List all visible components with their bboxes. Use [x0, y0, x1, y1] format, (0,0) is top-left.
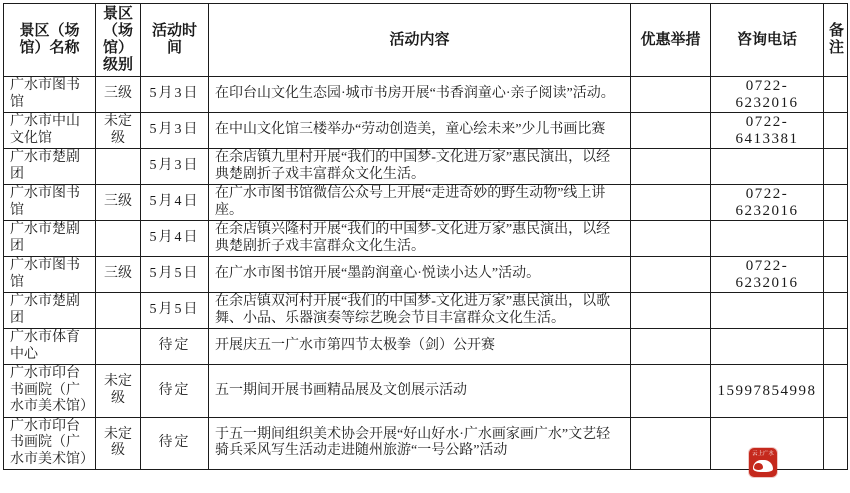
cell-discount-measures: [631, 257, 711, 293]
cell-activity-content: 在余店镇兴隆村开展“我们的中国梦-文化进万家”惠民演出，以经典楚剧折子戏丰富群众…: [209, 221, 631, 257]
cell-remark: [824, 417, 848, 470]
cell-remark: [824, 149, 848, 185]
yunshang-guangshui-watermark-logo: 云上广水: [749, 448, 777, 477]
cell-venue-level: 三级: [96, 77, 141, 113]
header-consult-phone: 咨询电话: [711, 4, 824, 77]
table-row: 广水市图书馆 三级 5月4日 在广水市图书馆微信公众号上开展“走进奇妙的野生动物…: [4, 185, 848, 221]
cell-discount-measures: [631, 77, 711, 113]
cell-remark: [824, 329, 848, 365]
cell-consult-phone: [711, 293, 824, 329]
table-row: 广水市印台书画院（广水市美术馆） 未定级 待定 五一期间开展书画精品展及文创展示…: [4, 365, 848, 418]
cell-consult-phone: 0722-6232016: [711, 185, 824, 221]
cell-activity-time: 5月5日: [141, 257, 209, 293]
table-row: 广水市楚剧团 5月4日 在余店镇兴隆村开展“我们的中国梦-文化进万家”惠民演出，…: [4, 221, 848, 257]
cell-venue-name: 广水市印台书画院（广水市美术馆）: [4, 365, 96, 418]
cell-activity-content: 五一期间开展书画精品展及文创展示活动: [209, 365, 631, 418]
cell-remark: [824, 365, 848, 418]
cell-venue-level: [96, 293, 141, 329]
header-activity-content: 活动内容: [209, 4, 631, 77]
table-row: 广水市楚剧团 5月5日 在余店镇双河村开展“我们的中国梦-文化进万家”惠民演出，…: [4, 293, 848, 329]
cell-venue-level: 三级: [96, 185, 141, 221]
cell-venue-name: 广水市印台书画院（广水市美术馆）: [4, 417, 96, 470]
table-row: 广水市楚剧团 5月3日 在余店镇九里村开展“我们的中国梦-文化进万家”惠民演出，…: [4, 149, 848, 185]
table-row: 广水市印台书画院（广水市美术馆） 未定级 待定 于五一期间组织美术协会开展“好山…: [4, 417, 848, 470]
cell-venue-name: 广水市图书馆: [4, 185, 96, 221]
document-page: 景区（场馆）名称 景区（场馆）级别 活动时间 活动内容 优惠举措 咨询电话 备注…: [0, 0, 850, 493]
cell-venue-name: 广水市体育中心: [4, 329, 96, 365]
cell-consult-phone: 0722-6413381: [711, 113, 824, 149]
cell-venue-level: [96, 221, 141, 257]
cell-discount-measures: [631, 365, 711, 418]
cell-venue-name: 广水市中山文化馆: [4, 113, 96, 149]
cell-activity-content: 在余店镇九里村开展“我们的中国梦-文化进万家”惠民演出，以经典楚剧折子戏丰富群众…: [209, 149, 631, 185]
cell-activity-time: 待定: [141, 329, 209, 365]
cell-activity-time: 5月4日: [141, 185, 209, 221]
header-row: 景区（场馆）名称 景区（场馆）级别 活动时间 活动内容 优惠举措 咨询电话 备注: [4, 4, 848, 77]
header-remark: 备注: [824, 4, 848, 77]
cell-remark: [824, 257, 848, 293]
cell-discount-measures: [631, 221, 711, 257]
cell-remark: [824, 185, 848, 221]
cell-venue-name: 广水市图书馆: [4, 77, 96, 113]
table-row: 广水市图书馆 三级 5月3日 在印台山文化生态园·城市书房开展“书香润童心·亲子…: [4, 77, 848, 113]
table-row: 广水市图书馆 三级 5月5日 在广水市图书馆开展“墨韵润童心·悦读小达人”活动。…: [4, 257, 848, 293]
cell-venue-name: 广水市楚剧团: [4, 293, 96, 329]
table-row: 广水市体育中心 待定 开展庆五一广水市第四节太极拳（剑）公开赛: [4, 329, 848, 365]
cell-venue-level: [96, 329, 141, 365]
cell-activity-time: 5月3日: [141, 77, 209, 113]
cell-venue-level: 未定级: [96, 417, 141, 470]
cell-activity-content: 在印台山文化生态园·城市书房开展“书香润童心·亲子阅读”活动。: [209, 77, 631, 113]
watermark-mountain-shadow: [754, 463, 763, 470]
cell-venue-name: 广水市图书馆: [4, 257, 96, 293]
cell-consult-phone: [711, 221, 824, 257]
activity-table: 景区（场馆）名称 景区（场馆）级别 活动时间 活动内容 优惠举措 咨询电话 备注…: [3, 3, 848, 470]
cell-activity-content: 在余店镇双河村开展“我们的中国梦-文化进万家”惠民演出，以歌舞、小品、乐器演奏等…: [209, 293, 631, 329]
cell-discount-measures: [631, 417, 711, 470]
cell-activity-content: 开展庆五一广水市第四节太极拳（剑）公开赛: [209, 329, 631, 365]
cell-venue-name: 广水市楚剧团: [4, 149, 96, 185]
cell-discount-measures: [631, 293, 711, 329]
cell-activity-time: 待定: [141, 417, 209, 470]
header-venue-name: 景区（场馆）名称: [4, 4, 96, 77]
cell-activity-time: 5月3日: [141, 113, 209, 149]
cell-consult-phone: 0722-6232016: [711, 257, 824, 293]
cell-discount-measures: [631, 185, 711, 221]
cell-remark: [824, 293, 848, 329]
cell-activity-content: 在广水市图书馆开展“墨韵润童心·悦读小达人”活动。: [209, 257, 631, 293]
cell-activity-content: 在广水市图书馆微信公众号上开展“走进奇妙的野生动物”线上讲座。: [209, 185, 631, 221]
cell-venue-level: [96, 149, 141, 185]
table-body: 广水市图书馆 三级 5月3日 在印台山文化生态园·城市书房开展“书香润童心·亲子…: [4, 77, 848, 470]
table-row: 广水市中山文化馆 未定级 5月3日 在中山文化馆三楼举办“劳动创造美，童心绘未来…: [4, 113, 848, 149]
cell-venue-name: 广水市楚剧团: [4, 221, 96, 257]
cell-discount-measures: [631, 329, 711, 365]
cell-venue-level: 未定级: [96, 365, 141, 418]
header-venue-level: 景区（场馆）级别: [96, 4, 141, 77]
header-activity-time: 活动时间: [141, 4, 209, 77]
cell-venue-level: 未定级: [96, 113, 141, 149]
cell-activity-content: 在中山文化馆三楼举办“劳动创造美，童心绘未来”少儿书画比赛: [209, 113, 631, 149]
cell-consult-phone: 0722-6232016: [711, 77, 824, 113]
cell-activity-time: 5月5日: [141, 293, 209, 329]
cell-consult-phone: 15997854998: [711, 365, 824, 418]
watermark-label: 云上广水: [750, 451, 775, 456]
cell-consult-phone: [711, 329, 824, 365]
table-header: 景区（场馆）名称 景区（场馆）级别 活动时间 活动内容 优惠举措 咨询电话 备注: [4, 4, 848, 77]
cell-activity-content: 于五一期间组织美术协会开展“好山好水·广水画家画广水”文艺轻骑兵采风写生活动走进…: [209, 417, 631, 470]
cell-remark: [824, 77, 848, 113]
cell-activity-time: 5月4日: [141, 221, 209, 257]
cell-remark: [824, 221, 848, 257]
cell-remark: [824, 113, 848, 149]
cell-activity-time: 5月3日: [141, 149, 209, 185]
header-discount-measures: 优惠举措: [631, 4, 711, 77]
cell-consult-phone: [711, 149, 824, 185]
cell-discount-measures: [631, 113, 711, 149]
cell-discount-measures: [631, 149, 711, 185]
cell-activity-time: 待定: [141, 365, 209, 418]
cell-venue-level: 三级: [96, 257, 141, 293]
